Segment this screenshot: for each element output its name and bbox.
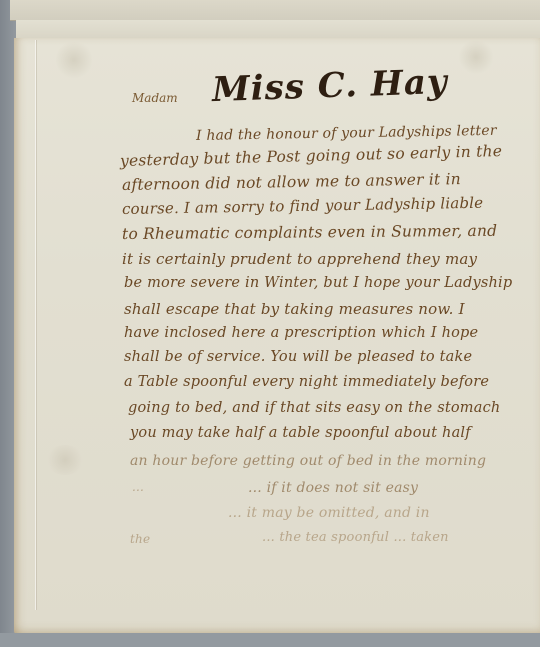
faded-fragment: the [130,532,150,546]
letter-line: shall be of service. You will be pleased… [124,349,472,365]
faded-fragment: ... [132,480,144,494]
letter-line: have inclosed here a prescription which … [124,325,478,341]
letter-line: ... it may be omitted, and in [228,505,430,521]
letter-line: you may take half a table spoonful about… [130,425,471,441]
letter-line: ... if it does not sit easy [248,480,418,496]
letter-line: going to bed, and if that sits easy on t… [128,400,500,416]
letter-line: I had the honour of your Ladyships lette… [196,123,497,144]
letter-body: Miss C. Hay Madam I had the honour of yo… [0,0,540,647]
addressee-heading: Miss C. Hay [211,62,448,110]
letter-line: a Table spoonful every night immediately… [124,374,489,390]
letter-line: course. I am sorry to find your Ladyship… [122,194,484,218]
letter-line: it is certainly prudent to apprehend the… [122,250,477,268]
salutation: Madam [132,91,178,105]
letter-line: be more severe in Winter, but I hope you… [124,275,512,291]
letter-line: yesterday but the Post going out so earl… [120,142,503,170]
letter-line: to Rheumatic complaints even in Summer, … [122,222,497,243]
letter-line: afternoon did not allow me to answer it … [122,170,461,194]
letter-line: ... the tea spoonful ... taken [262,530,449,545]
letter-line: an hour before getting out of bed in the… [130,453,486,469]
letter-line: shall escape that by taking measures now… [124,300,465,318]
